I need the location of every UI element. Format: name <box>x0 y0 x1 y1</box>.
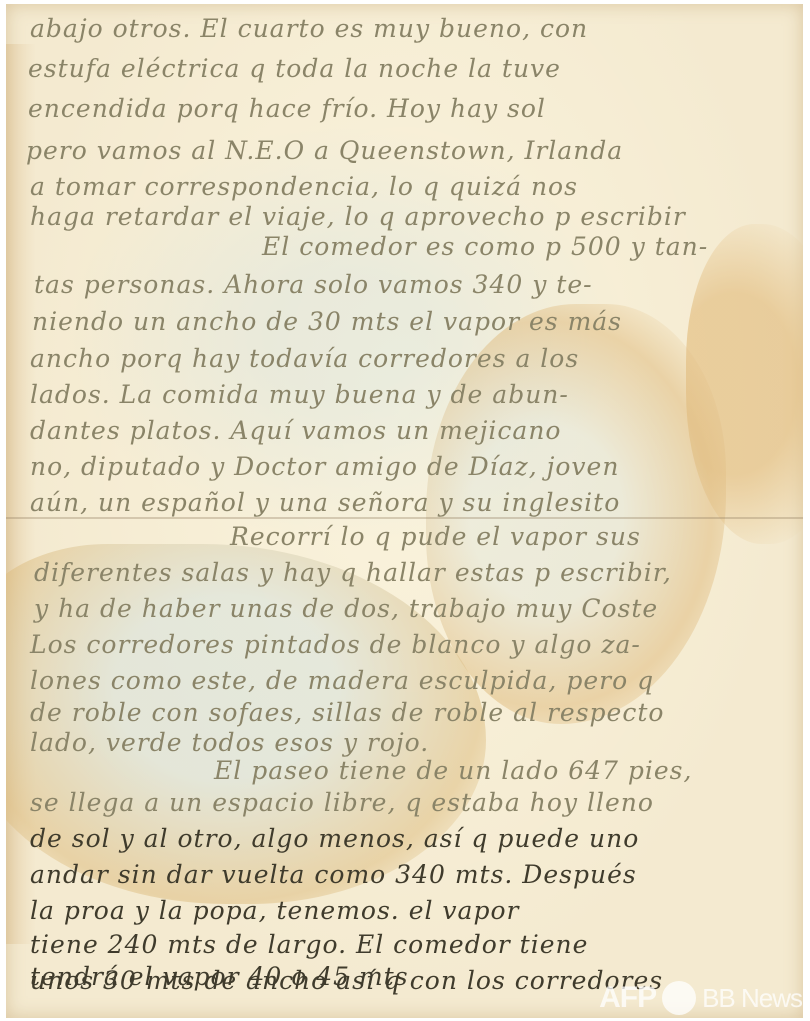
text-line: Recorrí lo q pude el vapor sus <box>230 522 641 551</box>
text-line: El comedor es como p 500 y tan- <box>262 232 708 261</box>
last-text-line: tendrá el vapor 40 o 45 mts <box>30 962 409 991</box>
text-line: la proa y la popa, tenemos. el vapor <box>30 896 519 925</box>
text-line: lados. La comida muy buena y de abun- <box>30 380 569 409</box>
text-line: niendo un ancho de 30 mts el vapor es má… <box>32 307 622 336</box>
text-line: lado, verde todos esos y rojo. <box>30 728 429 757</box>
text-line: diferentes salas y hay q hallar estas p … <box>34 558 672 587</box>
watermark-bbnews: BB News <box>702 983 802 1014</box>
text-line: se llega a un espacio libre, q estaba ho… <box>30 788 654 817</box>
text-line: Los corredores pintados de blanco y algo… <box>30 630 641 659</box>
text-line: haga retardar el viaje, lo q aprovecho p… <box>30 202 686 231</box>
text-line: abajo otros. El cuarto es muy bueno, con <box>30 14 588 43</box>
text-line: encendida porq hace frío. Hoy hay sol <box>28 94 546 123</box>
watermark-afp: AFP <box>599 981 656 1015</box>
text-line: tas personas. Ahora solo vamos 340 y te- <box>34 270 593 299</box>
text-line: estufa eléctrica q toda la noche la tuve <box>28 54 561 83</box>
text-line: tiene 240 mts de largo. El comedor tiene <box>30 930 588 959</box>
text-line: no, diputado y Doctor amigo de Díaz, jov… <box>30 452 619 481</box>
text-line: dantes platos. Aquí vamos un mejicano <box>30 416 561 445</box>
handwritten-text: abajo otros. El cuarto es muy bueno, con… <box>6 4 803 1018</box>
text-line: lones como este, de madera esculpida, pe… <box>30 666 654 695</box>
text-line: a tomar correspondencia, lo q quizá nos <box>30 172 578 201</box>
text-line: y ha de haber unas de dos, trabajo muy C… <box>34 594 658 623</box>
letter-page: abajo otros. El cuarto es muy bueno, con… <box>6 4 803 1018</box>
text-line: de sol y al otro, algo menos, así q pued… <box>30 824 639 853</box>
watermark-circle-icon <box>662 981 696 1015</box>
watermark: AFP BB News <box>599 981 802 1015</box>
text-line: andar sin dar vuelta como 340 mts. Despu… <box>30 860 637 889</box>
text-line: aún, un español y una señora y su ingles… <box>30 488 620 517</box>
text-line: pero vamos al N.E.O a Queenstown, Irland… <box>26 136 623 165</box>
text-line: El paseo tiene de un lado 647 pies, <box>214 756 692 785</box>
text-line: ancho porq hay todavía corredores a los <box>30 344 579 373</box>
text-line: de roble con sofaes, sillas de roble al … <box>30 698 664 727</box>
